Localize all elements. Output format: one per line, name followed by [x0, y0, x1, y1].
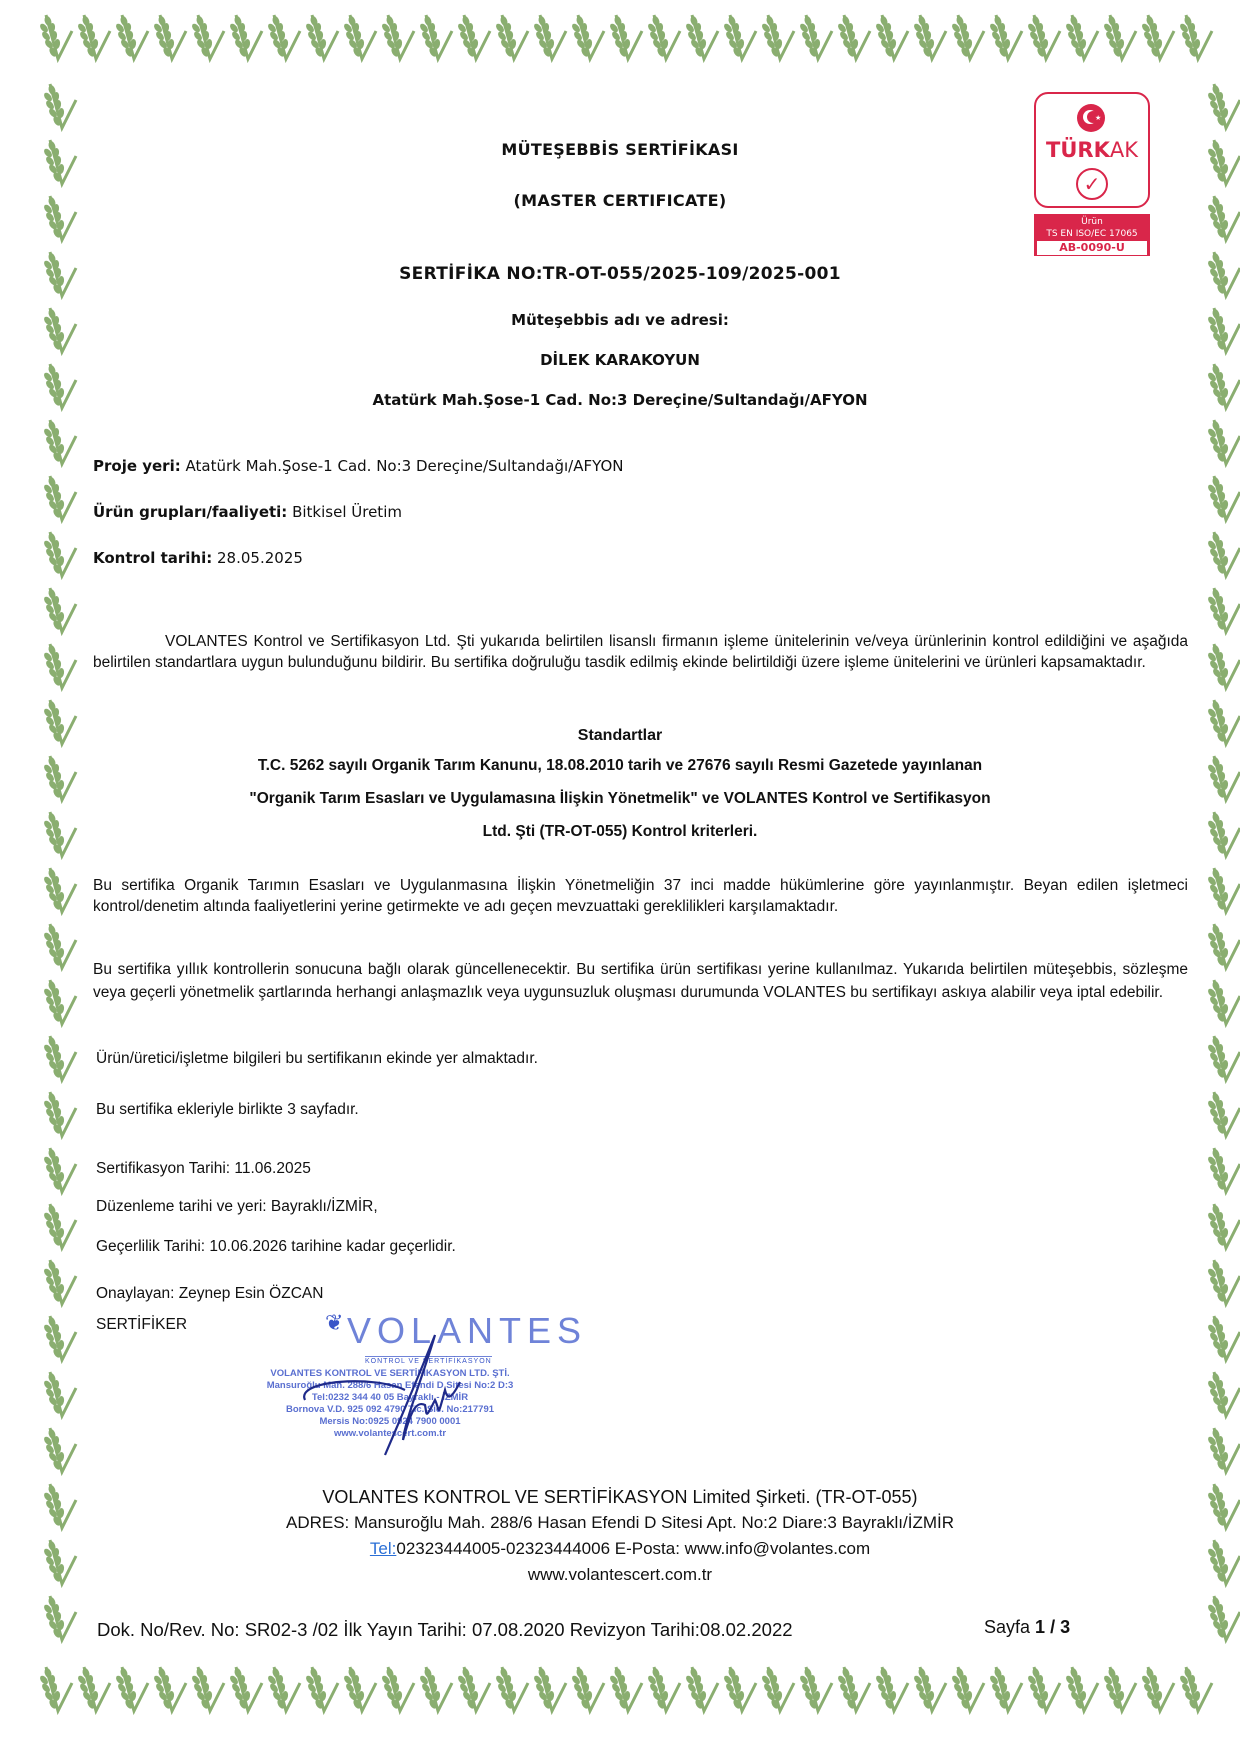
- company-name: VOLANTES KONTROL VE SERTİFİKASYON Limite…: [0, 1487, 1240, 1508]
- wheat-icon: [456, 1662, 494, 1720]
- wheat-icon: [1064, 1662, 1102, 1720]
- wheat-icon: [36, 1032, 86, 1088]
- approved-by: Onaylayan: Zeynep Esin ÖZCAN: [96, 1285, 323, 1303]
- wheat-icon: [608, 10, 646, 68]
- wheat-icon: [1200, 1312, 1240, 1368]
- certificate-number: SERTİFİKA NO:TR-OT-055/2025-109/2025-001: [0, 264, 1240, 284]
- wheat-icon: [36, 1312, 86, 1368]
- standards-line-3: Ltd. Şti (TR-OT-055) Kontrol kriterleri.: [0, 823, 1240, 841]
- wheat-icon: [532, 1662, 570, 1720]
- wheat-icon: [36, 1368, 86, 1424]
- wheat-icon: [190, 1662, 228, 1720]
- turkak-accreditation-logo: ★ TÜRKAK ✓ Ürün TS EN ISO/EC 17065 AB-00…: [1034, 92, 1152, 259]
- wheat-icon: [228, 10, 266, 68]
- wheat-icon: [950, 1662, 988, 1720]
- wheat-icon: [532, 10, 570, 68]
- page-count-note: Bu sertifika ekleriyle birlikte 3 sayfad…: [96, 1101, 359, 1119]
- wheat-icon: [722, 1662, 760, 1720]
- certificate-subtitle: (MASTER CERTIFICATE): [0, 191, 1240, 210]
- wheat-icon: [684, 10, 722, 68]
- wheat-icon: [152, 10, 190, 68]
- wheat-icon: [760, 10, 798, 68]
- wheat-icon: [1026, 1662, 1064, 1720]
- wheat-icon: [950, 10, 988, 68]
- wheat-icon: [836, 10, 874, 68]
- wheat-icon: [418, 1662, 456, 1720]
- issue-place: Düzenleme tarihi ve yeri: Bayraklı/İZMİR…: [96, 1198, 378, 1216]
- wheat-icon: [36, 472, 86, 528]
- wheat-icon: [836, 1662, 874, 1720]
- wheat-icon: [1200, 1368, 1240, 1424]
- wheat-icon: [190, 10, 228, 68]
- wheat-icon: [36, 1424, 86, 1480]
- wheat-icon: [874, 10, 912, 68]
- wheat-icon: [418, 10, 456, 68]
- turkak-accreditation-band: Ürün TS EN ISO/EC 17065 AB-0090-U: [1034, 214, 1150, 256]
- intro-paragraph: VOLANTES Kontrol ve Sertifikasyon Ltd. Ş…: [93, 632, 1188, 673]
- field-project-location: Proje yeri: Atatürk Mah.Şose-1 Cad. No:3…: [93, 457, 624, 475]
- wheat-icon: [380, 10, 418, 68]
- wheat-icon: [1178, 10, 1216, 68]
- wheat-icon: [570, 10, 608, 68]
- wheat-icon: [722, 10, 760, 68]
- wheat-icon: [36, 864, 86, 920]
- wheat-icon: [988, 10, 1026, 68]
- wheat-icon: [1200, 1424, 1240, 1480]
- wheat-icon: [76, 10, 114, 68]
- wheat-icon: [36, 80, 86, 136]
- wheat-icon: [988, 1662, 1026, 1720]
- wheat-icon: [1200, 472, 1240, 528]
- wheat-icon: [912, 10, 950, 68]
- wheat-icon: [36, 528, 86, 584]
- wheat-icon: [1064, 10, 1102, 68]
- wheat-icon: [494, 1662, 532, 1720]
- wheat-icon: [760, 1662, 798, 1720]
- wheat-icon: [304, 1662, 342, 1720]
- field-control-date: Kontrol tarihi: 28.05.2025: [93, 549, 303, 567]
- wheat-icon: [494, 10, 532, 68]
- wheat-icon: [342, 10, 380, 68]
- regulation-paragraph: Bu sertifika Organik Tarımın Esasları ve…: [93, 876, 1188, 917]
- wheat-icon: [1178, 1662, 1216, 1720]
- wheat-icon: [798, 1662, 836, 1720]
- wheat-icon: [380, 1662, 418, 1720]
- wheat-icon: [1200, 1200, 1240, 1256]
- wheat-icon: [304, 10, 342, 68]
- wheat-icon: [1140, 10, 1178, 68]
- document-info: Dok. No/Rev. No: SR02-3 /02 İlk Yayın Ta…: [97, 1619, 793, 1641]
- wheat-icon: [114, 10, 152, 68]
- wheat-icon: [1200, 1144, 1240, 1200]
- wheat-icon: [1200, 528, 1240, 584]
- company-address: ADRES: Mansuroğlu Mah. 288/6 Hasan Efend…: [0, 1513, 1240, 1533]
- annex-note: Ürün/üretici/işletme bilgileri bu sertif…: [96, 1050, 538, 1068]
- wheat-icon: [76, 1662, 114, 1720]
- wheat-icon: [1200, 864, 1240, 920]
- accreditation-code: AB-0090-U: [1036, 240, 1148, 256]
- wheat-icon: [1200, 80, 1240, 136]
- wheat-icon: [266, 1662, 304, 1720]
- wheat-icon: [36, 584, 86, 640]
- field-product-groups: Ürün grupları/faaliyeti: Bitkisel Üretim: [93, 503, 402, 521]
- wheat-icon: [646, 1662, 684, 1720]
- wheat-icon: [798, 10, 836, 68]
- wheat-icon: [36, 976, 86, 1032]
- wheat-icon: [1102, 10, 1140, 68]
- wheat-icon: [912, 1662, 950, 1720]
- approver-role: SERTİFİKER: [96, 1316, 187, 1334]
- wheat-icon: [1200, 640, 1240, 696]
- wheat-icon: [570, 1662, 608, 1720]
- wheat-icon: [1200, 976, 1240, 1032]
- wheat-icon: [608, 1662, 646, 1720]
- wheat-icon: [38, 1662, 76, 1720]
- turkish-flag-icon: ★: [1077, 104, 1105, 132]
- wheat-icon: [1200, 920, 1240, 976]
- standards-line-2: "Organik Tarım Esasları ve Uygulamasına …: [0, 790, 1240, 808]
- wheat-icon: [266, 10, 304, 68]
- company-contact: Tel:02323444005-02323444006 E-Posta: www…: [0, 1539, 1240, 1559]
- validity-date: Geçerlilik Tarihi: 10.06.2026 tarihine k…: [96, 1238, 456, 1256]
- tel-link[interactable]: Tel:: [370, 1539, 396, 1558]
- entrepreneur-label: Müteşebbis adı ve adresi:: [0, 311, 1240, 329]
- page-indicator: Sayfa 1 / 3: [984, 1617, 1070, 1638]
- wheat-icon: [36, 1088, 86, 1144]
- wheat-icon: [36, 1256, 86, 1312]
- wheat-icon: [1200, 1032, 1240, 1088]
- certification-date: Sertifikasyon Tarihi: 11.06.2025: [96, 1160, 311, 1178]
- wheat-icon: [646, 10, 684, 68]
- company-website: www.volantescert.com.tr: [0, 1565, 1240, 1585]
- standards-line-1: T.C. 5262 sayılı Organik Tarım Kanunu, 1…: [0, 757, 1240, 775]
- wheat-icon: [36, 416, 86, 472]
- wheat-icon: [1102, 1662, 1140, 1720]
- entrepreneur-address: Atatürk Mah.Şose-1 Cad. No:3 Dereçine/Su…: [0, 391, 1240, 409]
- wheat-icon: [1200, 1088, 1240, 1144]
- wheat-icon: [36, 640, 86, 696]
- company-stamp: ❦ VOLANTES KONTROL VE SERTİFİKASYON VOLA…: [225, 1310, 645, 1470]
- wheat-icon: [684, 1662, 722, 1720]
- wheat-icon: [228, 1662, 266, 1720]
- wheat-icon: [342, 1662, 380, 1720]
- validity-conditions-paragraph: Bu sertifika yıllık kontrollerin sonucun…: [93, 958, 1188, 1004]
- border-top: [38, 10, 1216, 80]
- standards-heading: Standartlar: [0, 727, 1240, 745]
- wheat-icon: [152, 1662, 190, 1720]
- signature: [285, 1320, 485, 1460]
- wheat-icon: [1200, 1592, 1240, 1648]
- wheat-icon: [456, 10, 494, 68]
- wheat-icon: [36, 1592, 86, 1648]
- certificate-title: MÜTEŞEBBİS SERTİFİKASI: [0, 140, 1240, 159]
- wheat-icon: [1200, 1256, 1240, 1312]
- wheat-icon: [36, 920, 86, 976]
- border-bottom: [38, 1662, 1216, 1732]
- entrepreneur-name: DİLEK KARAKOYUN: [0, 351, 1240, 369]
- wheat-icon: [38, 10, 76, 68]
- wheat-icon: [36, 1144, 86, 1200]
- wheat-icon: [1026, 10, 1064, 68]
- wheat-icon: [874, 1662, 912, 1720]
- wheat-icon: [114, 1662, 152, 1720]
- wheat-icon: [1200, 584, 1240, 640]
- wheat-icon: [36, 1200, 86, 1256]
- wheat-icon: [1140, 1662, 1178, 1720]
- wheat-icon: [1200, 416, 1240, 472]
